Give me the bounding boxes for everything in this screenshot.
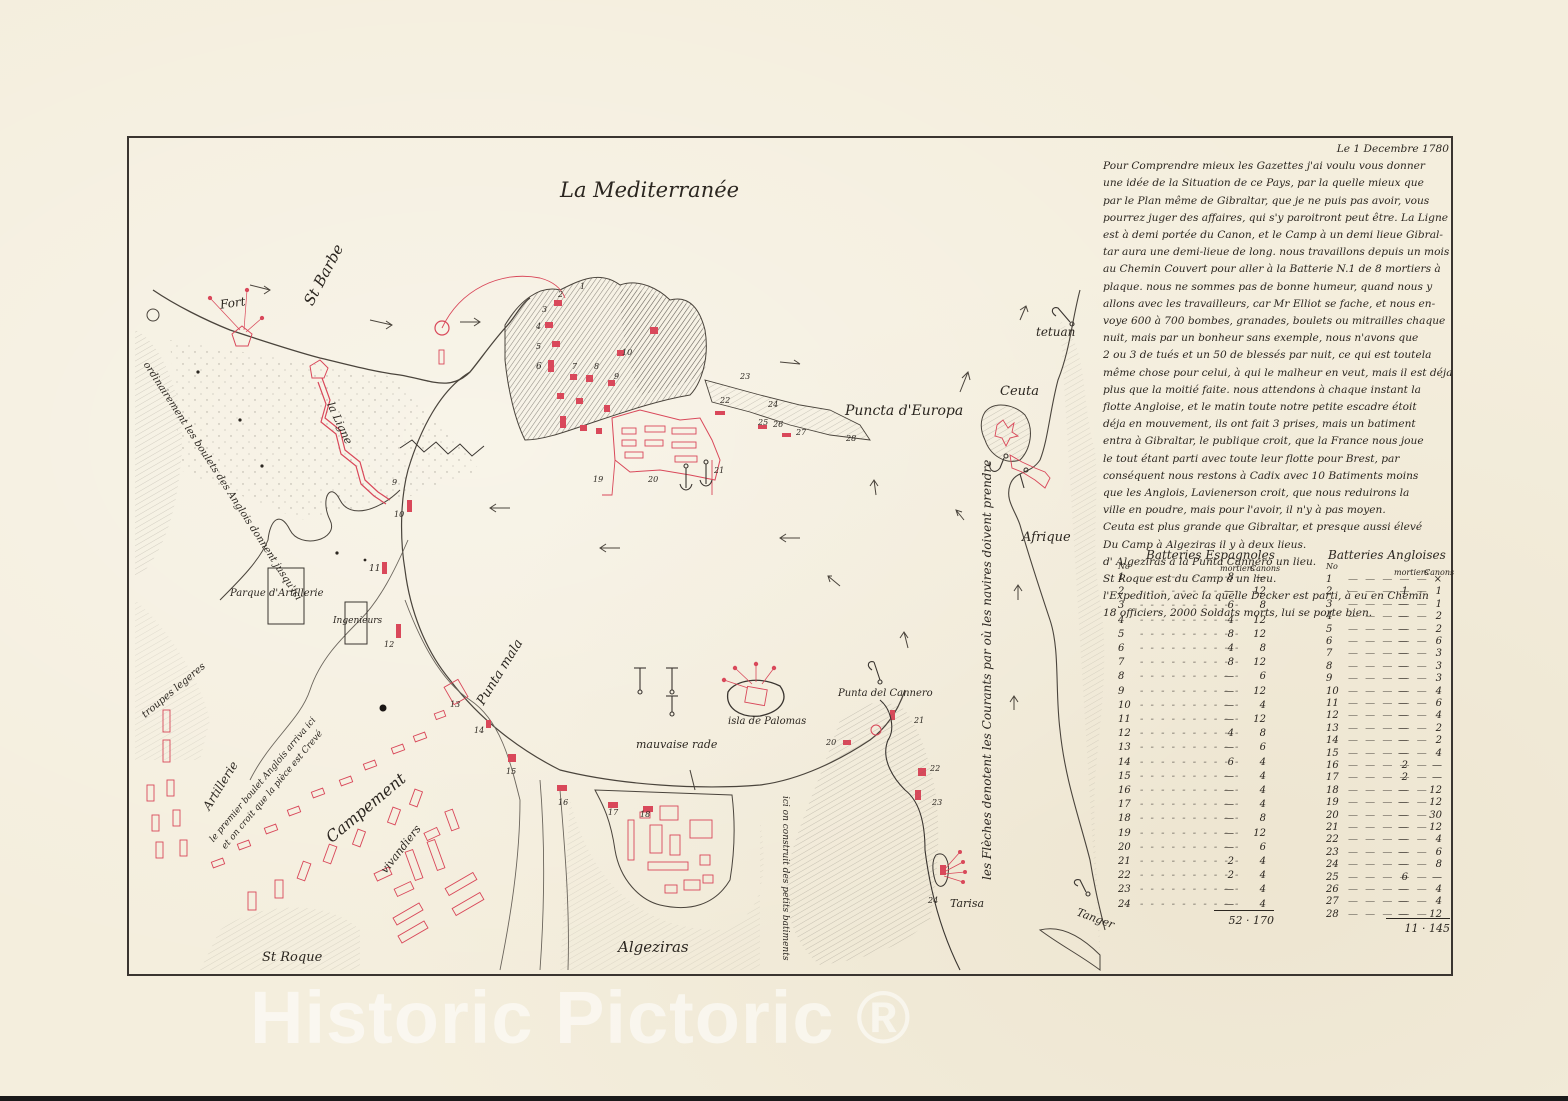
canons-value: 6 bbox=[1246, 740, 1266, 755]
battery-no: 10 bbox=[1118, 698, 1140, 713]
mortiers-value: 4 bbox=[1216, 726, 1234, 741]
label-algeziras: Algeziras bbox=[618, 938, 689, 956]
mortiers-value: — bbox=[1216, 669, 1234, 684]
battery-number: 19 bbox=[593, 475, 603, 484]
canons-value: 12 bbox=[1246, 655, 1266, 670]
battery-number: 18 bbox=[640, 810, 650, 819]
battery-no: 15 bbox=[1118, 769, 1140, 784]
battery-number: 16 bbox=[558, 798, 568, 807]
letter-line: le tout étant parti avec toute leur flot… bbox=[1103, 451, 1453, 468]
map-sheet: La Mediterranée Fort St Barbe la Ligne P… bbox=[0, 0, 1568, 1096]
table-title: Batteries Angloises bbox=[1328, 548, 1446, 562]
mortiers-value: 4 bbox=[1216, 613, 1234, 628]
table-row: 9- - - - - - - - - -—12 bbox=[1118, 684, 1240, 699]
mortiers-value: — bbox=[1216, 797, 1234, 812]
table-title: Batteries Espagnoles bbox=[1146, 548, 1275, 562]
battery-number: 6 bbox=[536, 362, 542, 372]
isla-palomas bbox=[728, 680, 784, 716]
battery-no: 28 bbox=[1326, 907, 1348, 922]
english-batteries-table: Batteries Angloises No mortiers Canons 1… bbox=[1326, 548, 1452, 938]
canons-value: 4 bbox=[1246, 769, 1266, 784]
letter-line: déja en mouvement, ils ont fait 3 prises… bbox=[1103, 416, 1453, 433]
mortiers-value: 6 bbox=[1216, 755, 1234, 770]
anchor-icon bbox=[634, 668, 646, 694]
canons-value: 8 bbox=[1246, 641, 1266, 656]
table-row: 6- - - - - - - - - -48 bbox=[1118, 641, 1240, 656]
canons-value: 6 bbox=[1246, 669, 1266, 684]
battery-number: 1 bbox=[580, 282, 585, 291]
battery-number: 25 bbox=[758, 418, 768, 427]
canons-value: 8 bbox=[1246, 811, 1266, 826]
battery-no: 22 bbox=[1118, 868, 1140, 883]
mortiers-value: — bbox=[1216, 840, 1234, 855]
battery-no: 11 bbox=[1118, 712, 1140, 727]
battery-number: 22 bbox=[930, 764, 940, 773]
battery-number: 21 bbox=[914, 716, 924, 725]
table-row: 7- - - - - - - - - -812 bbox=[1118, 655, 1240, 670]
battery-no: 9 bbox=[1118, 684, 1140, 699]
letter-line: Pour Comprendre mieux les Gazettes j'ai … bbox=[1103, 158, 1453, 175]
mortiers-value: — bbox=[1216, 769, 1234, 784]
battery-number: 20 bbox=[648, 475, 658, 484]
letter-date: Le 1 Decembre 1780 bbox=[1103, 141, 1453, 158]
battery-no: 24 bbox=[1118, 897, 1140, 912]
battery-no: 6 bbox=[1118, 641, 1140, 656]
battery-no: 8 bbox=[1118, 669, 1140, 684]
label-st-roque: St Roque bbox=[262, 950, 322, 965]
battery-number: 9 bbox=[614, 372, 619, 381]
spanish-batteries-table: Batteries Espagnoles No mortiers Canons … bbox=[1118, 548, 1278, 938]
mortiers-value: 8 bbox=[1216, 655, 1234, 670]
battery-number: 14 bbox=[474, 726, 484, 735]
letter-line: plus que la moitié faite. nous attendons… bbox=[1103, 382, 1453, 399]
battery-number: 15 bbox=[506, 767, 516, 776]
battery-no: 13 bbox=[1118, 740, 1140, 755]
letter-line: Ceuta est plus grande que Gibraltar, et … bbox=[1103, 519, 1453, 536]
battery-number: 10 bbox=[622, 348, 632, 357]
battery-no: 18 bbox=[1118, 811, 1140, 826]
table-row: 12- - - - - - - - - -48 bbox=[1118, 726, 1240, 741]
anchor-icon bbox=[868, 662, 882, 684]
table-row: 19- - - - - - - - - -—12 bbox=[1118, 826, 1240, 841]
watermark: Historic Pictoric ® bbox=[250, 975, 912, 1060]
letter-line: que les Anglois, Lavienerson croit, que … bbox=[1103, 485, 1453, 502]
label-isla-palomas: isla de Palomas bbox=[728, 716, 806, 727]
letter-line: pourrez juger des affaires, qui s'y paro… bbox=[1103, 210, 1453, 227]
canons-value: 8 bbox=[1246, 726, 1266, 741]
letter-line: 2 ou 3 de tués et un 50 de blessés par n… bbox=[1103, 347, 1453, 364]
battery-number: 10 bbox=[394, 510, 404, 519]
mortiers-value: — bbox=[1216, 584, 1234, 599]
battery-number: 5 bbox=[536, 342, 541, 351]
canons-value: 4 bbox=[1246, 797, 1266, 812]
anchor-icon bbox=[666, 668, 678, 694]
battery-number: 23 bbox=[740, 372, 750, 381]
battery-number: 23 bbox=[932, 798, 942, 807]
letter-line: conséquent nous restons à Cadix avec 10 … bbox=[1103, 468, 1453, 485]
annotation-fleches: les Flèches denotent les Courants par où… bbox=[980, 460, 994, 880]
battery-number: 17 bbox=[608, 808, 618, 817]
table-row: 20- - - - - - - - - -—6 bbox=[1118, 840, 1240, 855]
table-row: 21- - - - - - - - - -24 bbox=[1118, 854, 1240, 869]
anchor-icon bbox=[1074, 880, 1090, 896]
ceuta bbox=[981, 405, 1030, 461]
label-tetuan: tetuan bbox=[1036, 325, 1075, 339]
battery-no: 14 bbox=[1118, 755, 1140, 770]
canons-value: 4 bbox=[1246, 854, 1266, 869]
table-total: 11 · 145 bbox=[1386, 918, 1450, 935]
label-punta-cannero: Punta del Cannero bbox=[838, 688, 933, 699]
battery-number: 28 bbox=[846, 434, 856, 443]
label-afrique: Afrique bbox=[1022, 530, 1071, 545]
canons-value: 6 bbox=[1246, 840, 1266, 855]
table-row: 18- - - - - - - - - -—8 bbox=[1118, 811, 1240, 826]
battery-no: 23 bbox=[1118, 882, 1140, 897]
canons-value: — bbox=[1246, 570, 1266, 585]
battery-number: 24 bbox=[768, 400, 778, 409]
table-total: 52 · 170 bbox=[1214, 910, 1274, 927]
table-row: 10- - - - - - - - - -—4 bbox=[1118, 698, 1240, 713]
label-ceuta: Ceuta bbox=[1000, 384, 1039, 399]
letter-line: plaque. nous ne sommes pas de bonne hume… bbox=[1103, 279, 1453, 296]
letter-line: voye 600 à 700 bombes, granades, boulets… bbox=[1103, 313, 1453, 330]
battery-no: 16 bbox=[1118, 783, 1140, 798]
mortiers-value: — bbox=[1216, 826, 1234, 841]
canons-value: 4 bbox=[1246, 698, 1266, 713]
battery-number: 12 bbox=[384, 640, 394, 649]
battery-number: 3 bbox=[542, 305, 547, 314]
col-no: No bbox=[1326, 562, 1338, 571]
table-row: 13- - - - - - - - - -—6 bbox=[1118, 740, 1240, 755]
mortiers-value: 4 bbox=[1216, 641, 1234, 656]
mortiers-value: 6 bbox=[1216, 598, 1234, 613]
table-row: 2- - - - - - - - - -—12 bbox=[1118, 584, 1240, 599]
battery-no: 1 bbox=[1118, 570, 1140, 585]
battery-number: 8 bbox=[594, 362, 599, 371]
battery-number: 26 bbox=[773, 420, 783, 429]
letter-line: est à demi portée du Canon, et le Camp à… bbox=[1103, 227, 1453, 244]
letter-line: au Chemin Couvert pour aller à la Batter… bbox=[1103, 261, 1453, 278]
table-row: 16- - - - - - - - - -—4 bbox=[1118, 783, 1240, 798]
letter-line: allons avec les travailleurs, car Mr Ell… bbox=[1103, 296, 1453, 313]
anchor-icon bbox=[666, 696, 678, 716]
mortiers-value: — bbox=[1216, 783, 1234, 798]
battery-no: 4 bbox=[1118, 613, 1140, 628]
battery-no: 3 bbox=[1118, 598, 1140, 613]
anchor-icon bbox=[680, 464, 692, 490]
canons-value: 12 bbox=[1246, 584, 1266, 599]
letter-line: flotte Angloise, et le matin toute notre… bbox=[1103, 399, 1453, 416]
table-row: 3- - - - - - - - - -68 bbox=[1118, 598, 1240, 613]
battery-no: 19 bbox=[1118, 826, 1140, 841]
table-row: 4- - - - - - - - - -412 bbox=[1118, 613, 1240, 628]
letter-line: par le Plan même de Gibraltar, que je ne… bbox=[1103, 193, 1453, 210]
mortiers-value: 8 bbox=[1216, 627, 1234, 642]
label-parque-artillerie: Parque d'Artillerie bbox=[230, 588, 324, 599]
canons-value: 12 bbox=[1246, 613, 1266, 628]
battery-no: 5 bbox=[1118, 627, 1140, 642]
battery-number: 9 bbox=[392, 478, 397, 487]
battery-no: 20 bbox=[1118, 840, 1140, 855]
gibraltar-town bbox=[612, 410, 720, 480]
battery-number: 7 bbox=[572, 362, 577, 371]
letter-line: nuit, mais par un bonheur sans exemple, … bbox=[1103, 330, 1453, 347]
canons-value: 4 bbox=[1246, 882, 1266, 897]
canons-value: 4 bbox=[1246, 783, 1266, 798]
table-row: 22- - - - - - - - - -24 bbox=[1118, 868, 1240, 883]
table-row: 14- - - - - - - - - -64 bbox=[1118, 755, 1240, 770]
label-punta-europa: Puncta d'Europa bbox=[845, 403, 963, 419]
canons-value: 12 bbox=[1246, 684, 1266, 699]
table-row: 5- - - - - - - - - -812 bbox=[1118, 627, 1240, 642]
table-row: 15- - - - - - - - - -—4 bbox=[1118, 769, 1240, 784]
canons-value: 8 bbox=[1246, 598, 1266, 613]
canons-value: 4 bbox=[1246, 868, 1266, 883]
battery-no: 12 bbox=[1118, 726, 1140, 741]
letter-line: une idée de la Situation de ce Pays, par… bbox=[1103, 175, 1453, 192]
mortiers-value: — bbox=[1216, 811, 1234, 826]
table-row: 11- - - - - - - - - -—12 bbox=[1118, 712, 1240, 727]
mortiers-value: — bbox=[1216, 712, 1234, 727]
letter-line: entra à Gibraltar, le publique croit, qu… bbox=[1103, 433, 1453, 450]
mortiers-value: 2 bbox=[1216, 854, 1234, 869]
battery-number: 24 bbox=[928, 896, 938, 905]
mortiers-value: — bbox=[1216, 740, 1234, 755]
mortiers-value: — bbox=[1216, 698, 1234, 713]
annotation-petits-batiments: ici on construit des petits batiments bbox=[780, 796, 790, 960]
map-title: La Mediterranée bbox=[560, 178, 739, 202]
label-mauvaise-rade: mauvaise rade bbox=[636, 738, 717, 751]
table-row: 23- - - - - - - - - -—4 bbox=[1118, 882, 1240, 897]
anchor-icon bbox=[700, 460, 712, 486]
battery-no: 17 bbox=[1118, 797, 1140, 812]
letter-line: ville en poudre, mais pour l'avoir, il n… bbox=[1103, 502, 1453, 519]
battery-number: 20 bbox=[826, 738, 836, 747]
canons-value: 4 bbox=[1246, 755, 1266, 770]
battery-number: 27 bbox=[796, 428, 806, 437]
table-row: 17- - - - - - - - - -—4 bbox=[1118, 797, 1240, 812]
mortiers-value: — bbox=[1216, 882, 1234, 897]
canons-value: 12 bbox=[1246, 712, 1266, 727]
battery-no: 7 bbox=[1118, 655, 1140, 670]
battery-no: 21 bbox=[1118, 854, 1140, 869]
battery-number: 21 bbox=[714, 466, 724, 475]
battery-number: 22 bbox=[720, 396, 730, 405]
battery-number: 11 bbox=[369, 564, 380, 574]
battery-number: 2 bbox=[558, 290, 563, 299]
letter-line: tar aura une demi-lieue de long. nous tr… bbox=[1103, 244, 1453, 261]
battery-number: 4 bbox=[536, 322, 541, 331]
anchor-icon bbox=[1052, 308, 1074, 326]
label-tarisa: Tarisa bbox=[950, 897, 984, 910]
table-row: 8- - - - - - - - - -—6 bbox=[1118, 669, 1240, 684]
battery-no: 2 bbox=[1118, 584, 1140, 599]
letter-line: même chose pour celui, à qui le malheur … bbox=[1103, 365, 1453, 382]
canons-value: 12 bbox=[1246, 826, 1266, 841]
canons-value: 12 bbox=[1246, 627, 1266, 642]
mortiers-value: 8 bbox=[1216, 570, 1234, 585]
label-ingenieurs: Ingenieurs bbox=[333, 616, 382, 626]
mortiers-value: 2 bbox=[1216, 868, 1234, 883]
battery-number: 13 bbox=[450, 700, 460, 709]
mortiers-value: — bbox=[1216, 684, 1234, 699]
table-row: 1- - - - - - - - - -8— bbox=[1118, 570, 1240, 585]
